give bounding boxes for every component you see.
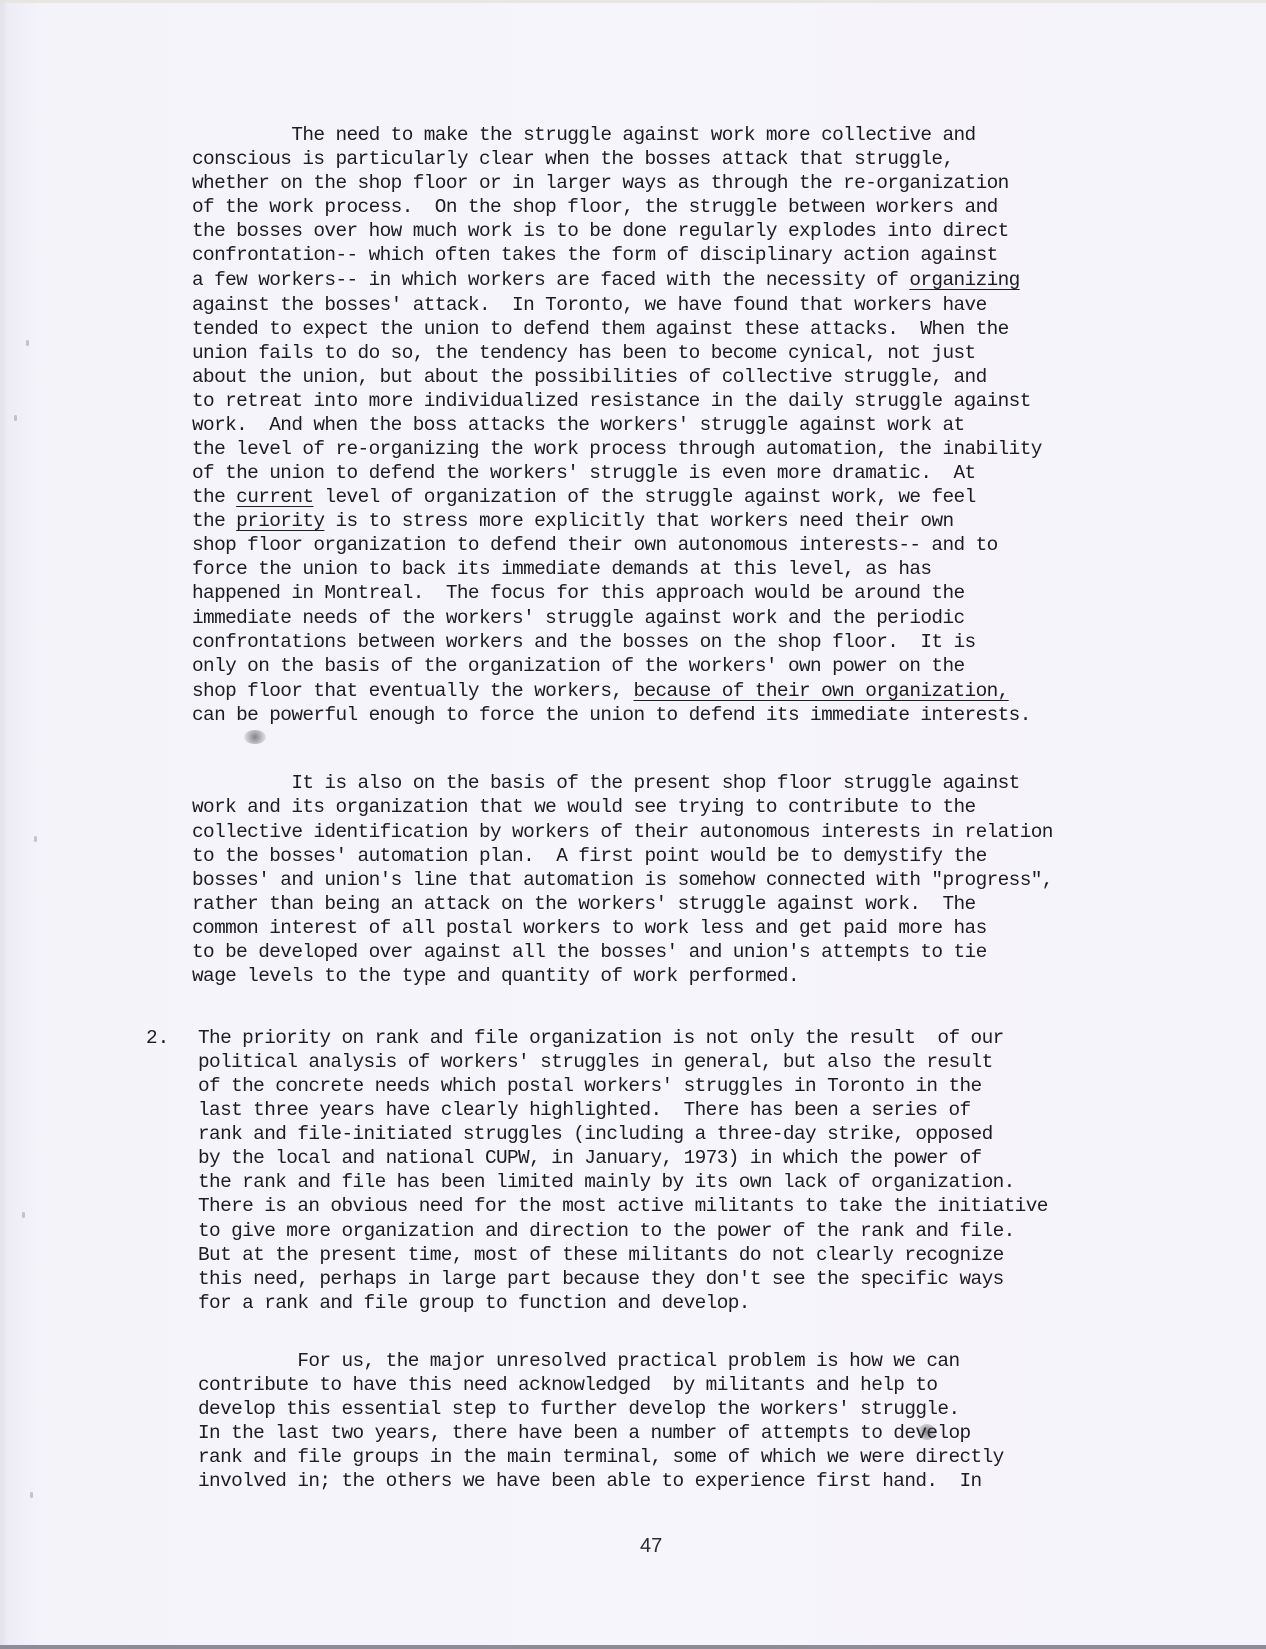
text-line: the priority is to stress more explicitl…	[192, 509, 954, 533]
item-number: 2.	[146, 1026, 169, 1050]
text-line: In the last two years, there have been a…	[198, 1421, 971, 1445]
ink-smudge	[918, 1424, 936, 1440]
text-line: to the bosses' automation plan. A first …	[192, 844, 987, 868]
text-line: the rank and file has been limited mainl…	[198, 1170, 1015, 1194]
text-line: a few workers-- in which workers are fac…	[192, 268, 1020, 292]
text-line: for a rank and file group to function an…	[198, 1291, 750, 1315]
text-line: to give more organization and direction …	[198, 1219, 1015, 1243]
text-segment: the	[192, 510, 236, 532]
text-line: whether on the shop floor or in larger w…	[192, 171, 1009, 195]
text-segment: a few workers-- in which workers are fac…	[192, 269, 909, 291]
text-line: political analysis of workers' struggles…	[198, 1050, 993, 1074]
page-number: 47	[640, 1535, 662, 1558]
text-line: force the union to back its immediate de…	[192, 557, 931, 581]
underlined-text: because of their own organization,	[633, 680, 1008, 702]
text-segment: the	[192, 486, 236, 508]
text-line: The need to make the struggle against wo…	[192, 123, 976, 147]
text-line: shop floor that eventually the workers, …	[192, 679, 1009, 703]
text-line: the current level of organization of the…	[192, 485, 976, 509]
text-line: against the bosses' attack. In Toronto, …	[192, 293, 987, 317]
text-line: union fails to do so, the tendency has b…	[192, 341, 976, 365]
page-top-edge	[0, 0, 1266, 3]
text-line: work. And when the boss attacks the work…	[192, 413, 965, 437]
text-line: by the local and national CUPW, in Janua…	[198, 1146, 982, 1170]
text-line: can be powerful enough to force the unio…	[192, 703, 1031, 727]
underlined-text: priority	[236, 510, 324, 532]
text-line: contribute to have this need acknowledge…	[198, 1373, 937, 1397]
text-line: of the work process. On the shop floor, …	[192, 195, 998, 219]
text-segment: level of organization of the struggle ag…	[313, 486, 975, 508]
text-line: involved in; the others we have been abl…	[198, 1469, 982, 1493]
text-line: only on the basis of the organization of…	[192, 654, 965, 678]
text-line: But at the present time, most of these m…	[198, 1243, 1004, 1267]
page-left-edge	[0, 0, 8, 1649]
ink-smudge	[244, 730, 266, 744]
text-line: rank and file groups in the main termina…	[198, 1445, 1004, 1469]
text-line: bosses' and union's line that automation…	[192, 868, 1053, 892]
text-line: the level of re-organizing the work proc…	[192, 437, 1042, 461]
text-line: rather than being an attack on the worke…	[192, 892, 976, 916]
text-line: of the union to defend the workers' stru…	[192, 461, 976, 485]
text-line: It is also on the basis of the present s…	[192, 771, 1020, 795]
text-line: wage levels to the type and quantity of …	[192, 964, 799, 988]
underlined-text: current	[236, 486, 313, 508]
text-line: shop floor organization to defend their …	[192, 533, 998, 557]
text-line: work and its organization that we would …	[192, 795, 976, 819]
text-line: develop this essential step to further d…	[198, 1397, 960, 1421]
text-line: to retreat into more individualized resi…	[192, 389, 1031, 413]
text-line: conscious is particularly clear when the…	[192, 147, 954, 171]
text-line: last three years have clearly highlighte…	[198, 1098, 971, 1122]
margin-speck	[30, 1492, 33, 1498]
margin-speck	[34, 836, 37, 842]
text-line: tended to expect the union to defend the…	[192, 317, 1009, 341]
page-bottom-edge	[0, 1645, 1266, 1649]
text-line: common interest of all postal workers to…	[192, 916, 987, 940]
text-line: confrontations between workers and the b…	[192, 630, 976, 654]
text-segment: shop floor that eventually the workers,	[192, 680, 633, 702]
text-line: happened in Montreal. The focus for this…	[192, 581, 965, 605]
text-line: For us, the major unresolved practical p…	[198, 1349, 960, 1373]
text-line: of the concrete needs which postal worke…	[198, 1074, 982, 1098]
text-line: immediate needs of the workers' struggle…	[192, 606, 965, 630]
margin-speck	[26, 340, 29, 346]
margin-speck	[14, 415, 17, 421]
text-segment: is to stress more explicitly that worker…	[324, 510, 953, 532]
underlined-text: organizing	[909, 269, 1019, 291]
text-line: collective identification by workers of …	[192, 820, 1053, 844]
text-line: There is an obvious need for the most ac…	[198, 1194, 1048, 1218]
text-line: the bosses over how much work is to be d…	[192, 219, 1009, 243]
text-line: rank and file-initiated struggles (inclu…	[198, 1122, 993, 1146]
margin-speck	[22, 1212, 25, 1218]
scanned-page: The need to make the struggle against wo…	[0, 0, 1266, 1649]
text-line: confrontation-- which often takes the fo…	[192, 243, 998, 267]
text-line: to be developed over against all the bos…	[192, 940, 987, 964]
text-line: this need, perhaps in large part because…	[198, 1267, 1004, 1291]
text-line: The priority on rank and file organizati…	[198, 1026, 1004, 1050]
text-line: about the union, but about the possibili…	[192, 365, 987, 389]
